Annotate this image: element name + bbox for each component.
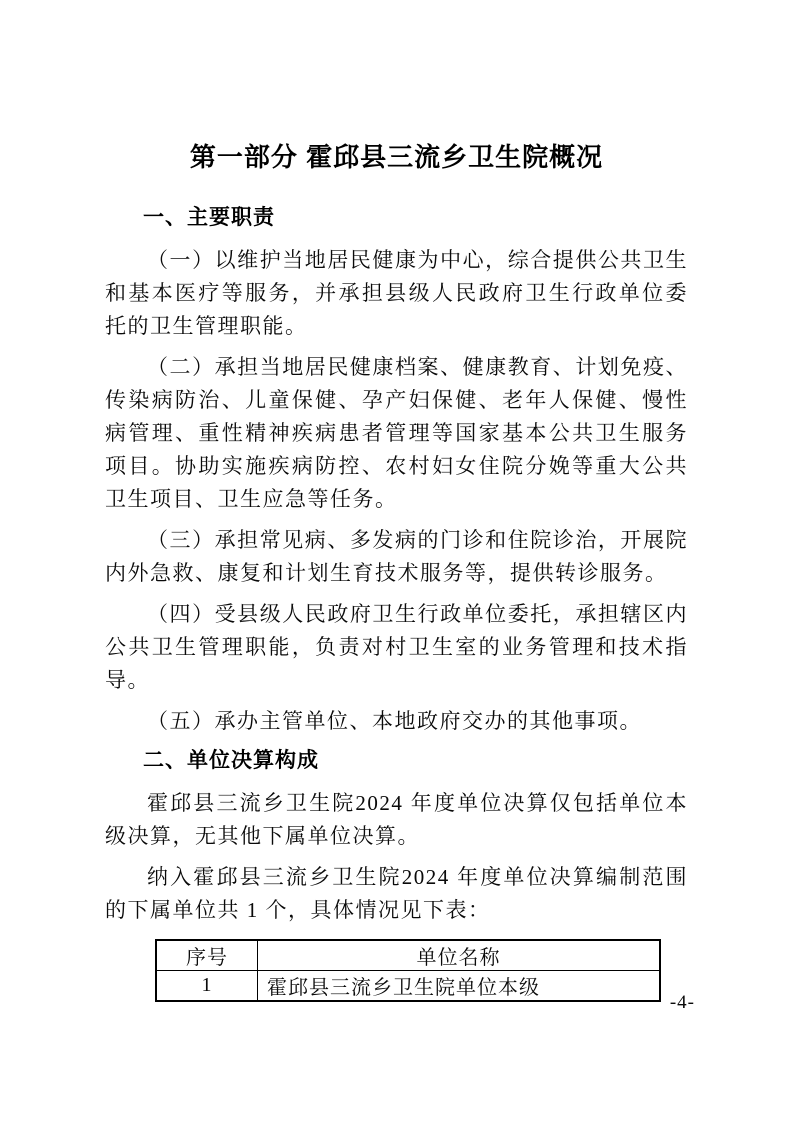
document-title: 第一部分 霍邱县三流乡卫生院概况 [105, 141, 688, 173]
body-paragraph-duty-4: （四）受县级人民政府卫生行政单位委托，承担辖区内公共卫生管理职能，负责对村卫生室… [105, 598, 688, 697]
table-row: 1 霍邱县三流乡卫生院单位本级 [156, 971, 660, 1002]
page-number: -4- [670, 992, 695, 1014]
body-paragraph-budget-1: 霍邱县三流乡卫生院2024 年度单位决算仅包括单位本级决算，无其他下属单位决算。 [105, 787, 688, 853]
section-heading-budget-composition: 二、单位决算构成 [105, 746, 688, 776]
table-cell-unit-name: 霍邱县三流乡卫生院单位本级 [258, 971, 661, 1002]
body-paragraph-duty-1: （一）以维护当地居民健康为中心，综合提供公共卫生和基本医疗等服务，并承担县级人民… [105, 244, 688, 343]
document-page: 第一部分 霍邱县三流乡卫生院概况 一、主要职责 （一）以维护当地居民健康为中心，… [0, 0, 793, 1122]
document-content: 第一部分 霍邱县三流乡卫生院概况 一、主要职责 （一）以维护当地居民健康为中心，… [0, 0, 793, 1002]
table-header-unit-name: 单位名称 [258, 940, 661, 971]
body-paragraph-duty-2: （二）承担当地居民健康档案、健康教育、计划免疫、传染病防治、儿童保健、孕产妇保健… [105, 351, 688, 516]
body-paragraph-duty-3: （三）承担常见病、多发病的门诊和住院诊治，开展院内外急救、康复和计划生育技术服务… [105, 524, 688, 590]
table-header-sequence: 序号 [156, 940, 258, 971]
table-header-row: 序号 单位名称 [156, 940, 660, 971]
table-cell-sequence: 1 [156, 971, 258, 1002]
section-heading-main-duties: 一、主要职责 [105, 203, 688, 233]
body-paragraph-budget-2: 纳入霍邱县三流乡卫生院2024 年度单位决算编制范围的下属单位共 1 个，具体情… [105, 861, 688, 927]
subordinate-units-table: 序号 单位名称 1 霍邱县三流乡卫生院单位本级 [155, 939, 661, 1002]
body-paragraph-duty-5: （五）承办主管单位、本地政府交办的其他事项。 [105, 705, 688, 738]
